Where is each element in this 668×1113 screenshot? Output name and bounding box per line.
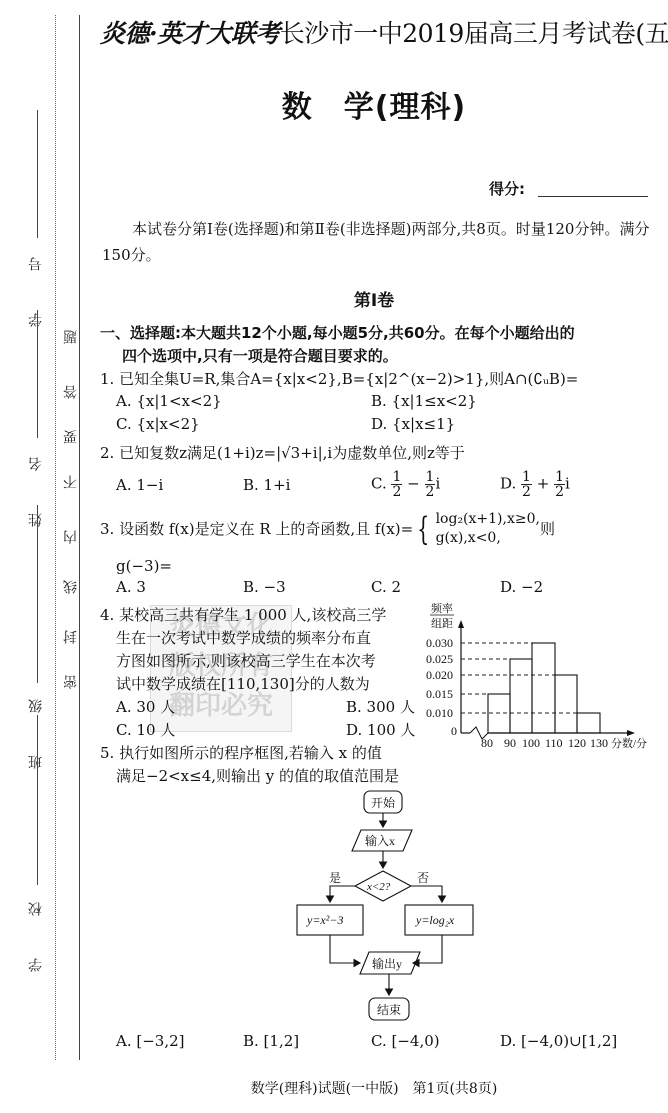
y-axis-label-bottom: 组距 (431, 617, 453, 630)
case-2: g(x),x<0, (436, 529, 540, 548)
question-3-option-a: A. 3 (116, 578, 146, 596)
frequency-histogram: 频率 组距 0.030 0.025 0.020 0.015 0.010 0 80… (420, 598, 668, 753)
name-underline (37, 310, 38, 438)
field-school: 学 校 (26, 888, 46, 972)
seal-char: 答 (61, 385, 81, 399)
score-label: 得分: (489, 178, 525, 199)
seal-char: 封 (61, 630, 81, 644)
question-4-stem-2: 生在一次考试中数学成绩的频率分布直 (116, 627, 371, 650)
x-tick: 120 (568, 736, 586, 750)
seal-char: 内 (61, 530, 81, 544)
question-3-stem-end: 则 (540, 518, 555, 541)
page-footer: 数学(理科)试题(一中版) 第1页(共8页) (0, 1078, 668, 1098)
seal-char: 线 (61, 580, 81, 594)
flow-condition-label: x<2? (366, 881, 391, 893)
question-4-option-a: A. 30 人 (116, 696, 175, 717)
school-underline (37, 715, 38, 885)
subject-title: 数 学(理科) (0, 82, 668, 126)
field-class: 班 级 (26, 685, 46, 769)
exam-brand: 炎德·英才大联考 (100, 19, 280, 48)
brace-icon: { (417, 514, 429, 544)
question-5-option-c: C. [−4,0) (371, 1032, 440, 1050)
seal-char: 要 (61, 430, 81, 444)
question-3-stem-text: 3. 设函数 f(x)是定义在 R 上的奇函数,且 f(x)= (100, 518, 413, 541)
seal-char: 密 (61, 675, 81, 689)
question-3-option-d: D. −2 (500, 578, 543, 596)
question-5-option-d: D. [−4,0)∪[1,2] (500, 1032, 617, 1050)
piecewise-function: { log₂(x+1),x≥0, g(x),x<0, (413, 510, 540, 548)
field-name: 姓 名 (26, 443, 46, 527)
flow-output-label: 输出y (372, 956, 402, 971)
question-1-option-b: B. {x|1≤x<2} (371, 392, 477, 410)
x-axis-label: 分数/分 (611, 736, 647, 750)
question-4-option-d: D. 100 人 (346, 719, 415, 740)
x-tick: 80 (481, 736, 493, 750)
y-tick: 0.015 (426, 687, 453, 701)
question-5-stem-1: 5. 执行如图所示的程序框图,若输入 x 的值 (100, 742, 382, 765)
seal-char: 题 (61, 330, 81, 344)
score-blank[interactable] (538, 196, 648, 197)
flow-yes-formula: y=x²−3 (306, 913, 343, 927)
flow-no-label: 否 (417, 871, 429, 885)
seal-char: 不 (61, 475, 81, 489)
case-1: log₂(x+1),x≥0, (436, 510, 540, 529)
exam-instructions: 本试卷分第Ⅰ卷(选择题)和第Ⅱ卷(非选择题)两部分,共8页。时量120分钟。满分… (102, 216, 654, 268)
question-4-stem-4: 试中数学成绩在[110,130]分的人数为 (116, 673, 370, 696)
question-3-stem: 3. 设函数 f(x)是定义在 R 上的奇函数,且 f(x)= { log₂(x… (100, 510, 555, 548)
question-1-stem: 1. 已知全集U=R,集合A={x|x<2},B={x|2^(x−2)>1},则… (100, 368, 578, 391)
id-underline (37, 110, 38, 238)
flow-end-label: 结束 (377, 1002, 401, 1017)
question-4-stem-1: 4. 某校高三共有学生 1 000 人,该校高三学 (100, 604, 386, 627)
question-3-option-c: C. 2 (371, 578, 401, 596)
section-heading-line2: 四个选项中,只有一项是符合题目要求的。 (100, 345, 656, 368)
section-heading: 一、选择题:本大题共12个小题,每小题5分,共60分。在每个小题给出的 四个选项… (100, 322, 656, 368)
question-2-stem: 2. 已知复数z满足(1+i)z=|√3+i|,i为虚数单位,则z等于 (100, 442, 465, 465)
x-tick: 130 (590, 736, 608, 750)
question-2-option-b: B. 1+i (243, 476, 290, 494)
question-2-option-c: C. 12 − 12i (371, 470, 440, 499)
exam-title: 炎德·英才大联考长沙市一中2019届高三月考试卷(五) (100, 14, 660, 50)
question-1-option-a: A. {x|1<x<2} (116, 392, 222, 410)
question-5-option-b: B. [1,2] (243, 1032, 299, 1050)
y-tick: 0.010 (426, 706, 453, 720)
question-2-option-d: D. 12 + 12i (500, 470, 570, 499)
program-flowchart: 开始 输入x x<2? 是 否 y=x²−3 y=log₂x 输出y 结束 (285, 788, 485, 1028)
flow-no-formula: y=log₂x (415, 913, 455, 927)
origin-label: 0 (451, 724, 457, 738)
question-3-option-b: B. −3 (243, 578, 286, 596)
flow-start-label: 开始 (371, 795, 396, 810)
y-tick: 0.025 (426, 652, 453, 666)
y-axis-label-top: 频率 (431, 601, 453, 615)
question-1-option-d: D. {x|x≤1} (371, 415, 455, 433)
question-4-option-b: B. 300 人 (346, 696, 415, 717)
field-student-id: 学 号 (26, 243, 46, 327)
flow-input-label: 输入x (365, 833, 395, 848)
question-5-stem-2: 满足−2<x≤4,则输出 y 的值的取值范围是 (116, 765, 399, 788)
y-tick: 0.030 (426, 636, 453, 650)
section-heading-line1: 一、选择题:本大题共12个小题,每小题5分,共60分。在每个小题给出的 (100, 322, 656, 345)
class-underline (37, 505, 38, 683)
y-tick: 0.020 (426, 668, 453, 682)
x-tick: 90 (504, 736, 516, 750)
exam-title-rest: 长沙市一中2019届高三月考试卷(五) (280, 19, 668, 48)
question-5-option-a: A. [−3,2] (116, 1032, 185, 1050)
question-1-option-c: C. {x|x<2} (116, 415, 200, 433)
question-2-option-a: A. 1−i (116, 476, 163, 494)
question-4-stem-3: 方图如图所示,则该校高三学生在本次考 (116, 650, 376, 673)
seal-dotted-line (55, 15, 56, 1060)
flow-yes-label: 是 (329, 871, 341, 885)
question-3-stem-line2: g(−3)= (116, 555, 172, 578)
x-tick: 100 (522, 736, 540, 750)
question-4-option-c: C. 10 人 (116, 719, 175, 740)
x-tick: 110 (545, 736, 563, 750)
volume-title: 第Ⅰ卷 (0, 286, 668, 311)
